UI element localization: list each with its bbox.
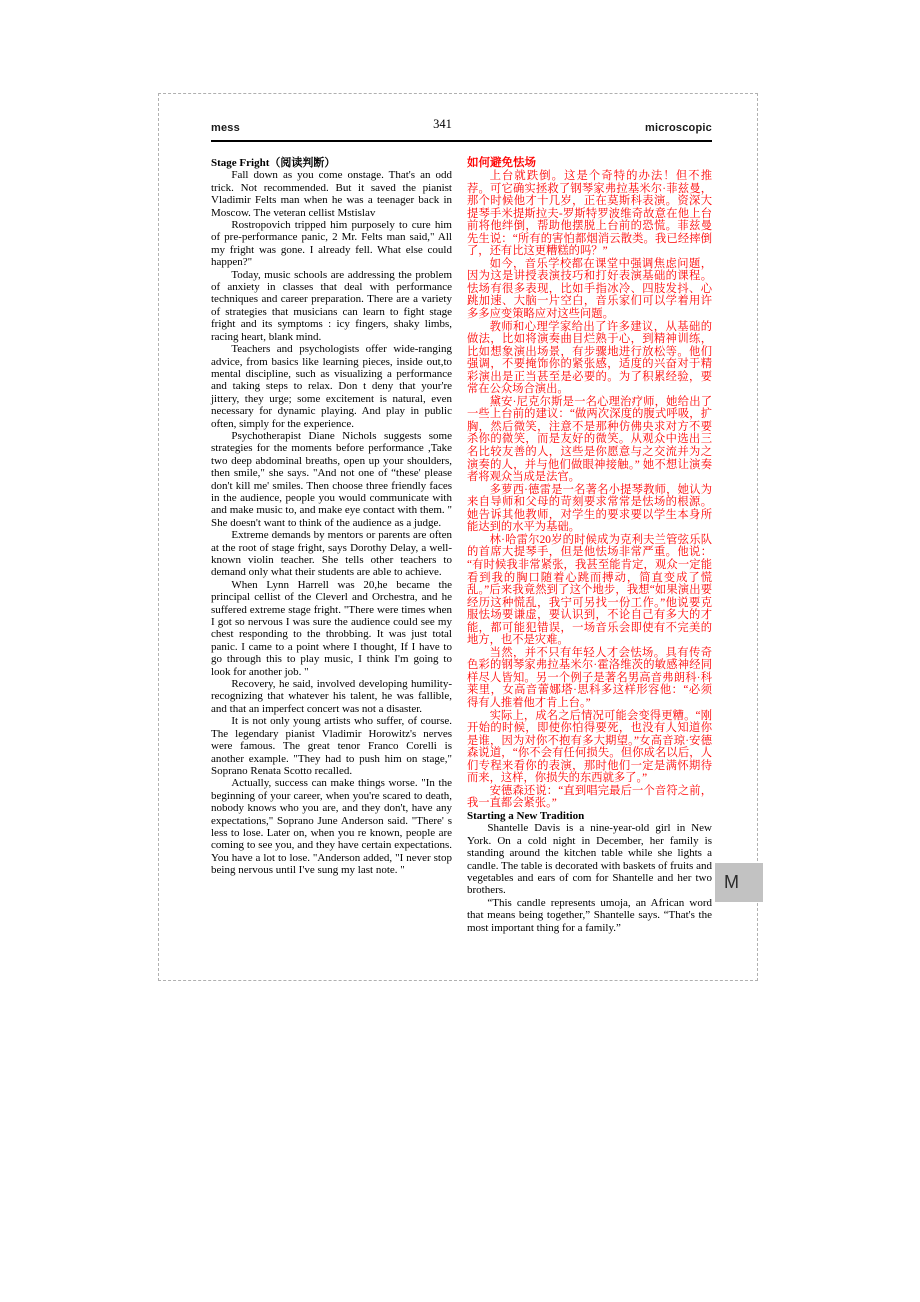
- english-paragraph: It is not only young artists who suffer,…: [211, 715, 452, 777]
- document-page: mess 341 microscopic Stage Fright（阅读判断） …: [158, 93, 758, 981]
- chinese-paragraph: 当然，并不只有年轻人才会怯场。具有传奇色彩的钢琴家弗拉基米尔·霍洛维茨的敏感神经…: [467, 647, 712, 710]
- article-title-chinese: 如何避免怯场: [467, 157, 712, 170]
- page-content: mess 341 microscopic Stage Fright（阅读判断） …: [211, 118, 712, 934]
- english-paragraph: Rostropovich tripped him purposely to cu…: [211, 219, 452, 269]
- chinese-paragraph: 安德森还说：“直到唱完最后一个音符之前，我一直都会紧张。”: [467, 785, 712, 810]
- english-paragraph: Today, music schools are addressing the …: [211, 269, 452, 343]
- second-section-paragraph: “This candle represents umoja, an Africa…: [467, 897, 712, 934]
- english-paragraph: Recovery, he said, involved developing h…: [211, 678, 452, 715]
- margin-marker-label: M: [724, 872, 739, 893]
- header-left-word: mess: [211, 122, 240, 134]
- english-paragraph: Extreme demands by mentors or parents ar…: [211, 529, 452, 579]
- header-right-word: microscopic: [645, 122, 712, 134]
- english-paragraph: Teachers and psychologists offer wide-ra…: [211, 343, 452, 430]
- chinese-column: 如何避免怯场 上台就跌倒。这是个奇特的办法！但不推荐。可它确实拯救了钢琴家弗拉基…: [467, 157, 712, 934]
- second-section: Starting a New Tradition Shantelle Davis…: [467, 810, 712, 934]
- page-header: mess 341 microscopic: [211, 118, 712, 134]
- article-title-english: Stage Fright（阅读判断）: [211, 157, 452, 169]
- page-number: 341: [433, 117, 452, 132]
- margin-marker-box: M: [715, 863, 763, 902]
- second-section-title: Starting a New Tradition: [467, 810, 712, 822]
- chinese-paragraph: 教师和心理学家给出了许多建议，从基础的做法，比如将演奏曲目烂熟于心，到精神训练，…: [467, 321, 712, 396]
- english-column: Stage Fright（阅读判断） Fall down as you come…: [211, 157, 452, 934]
- chinese-paragraph: 多萝西·德雷是一名著名小提琴教师，她认为来自导师和父母的苛刻要求常常是怯场的根源…: [467, 484, 712, 534]
- chinese-paragraph: 实际上，成名之后情况可能会变得更糟。“刚开始的时候，即使你怕得要死，也没有人知道…: [467, 710, 712, 785]
- chinese-paragraph: 林·哈雷尔20岁的时候成为克利夫兰管弦乐队的首席大提琴手，但是他怯场非常严重。他…: [467, 534, 712, 647]
- chinese-paragraph: 黛安·尼克尔斯是一名心理治疗师，她给出了一些上台前的建议：“做两次深度的腹式呼吸…: [467, 396, 712, 484]
- chinese-paragraph: 上台就跌倒。这是个奇特的办法！但不推荐。可它确实拯救了钢琴家弗拉基米尔·菲兹曼，…: [467, 170, 712, 258]
- second-section-paragraph: Shantelle Davis is a nine-year-old girl …: [467, 822, 712, 896]
- english-paragraph: Actually, success can make things worse.…: [211, 777, 452, 876]
- document-canvas: mess 341 microscopic Stage Fright（阅读判断） …: [0, 0, 920, 1302]
- english-paragraph: Psychotherapist Diane Nichols suggests s…: [211, 430, 452, 529]
- two-column-body: Stage Fright（阅读判断） Fall down as you come…: [211, 157, 712, 934]
- chinese-paragraph: 如今，音乐学校都在课堂中强调焦虑问题，因为这是讲授表演技巧和打好表演基础的课程。…: [467, 258, 712, 321]
- english-paragraph: Fall down as you come onstage. That's an…: [211, 169, 452, 219]
- header-rule: [211, 140, 712, 142]
- english-paragraph: When Lynn Harrell was 20,he became the p…: [211, 579, 452, 678]
